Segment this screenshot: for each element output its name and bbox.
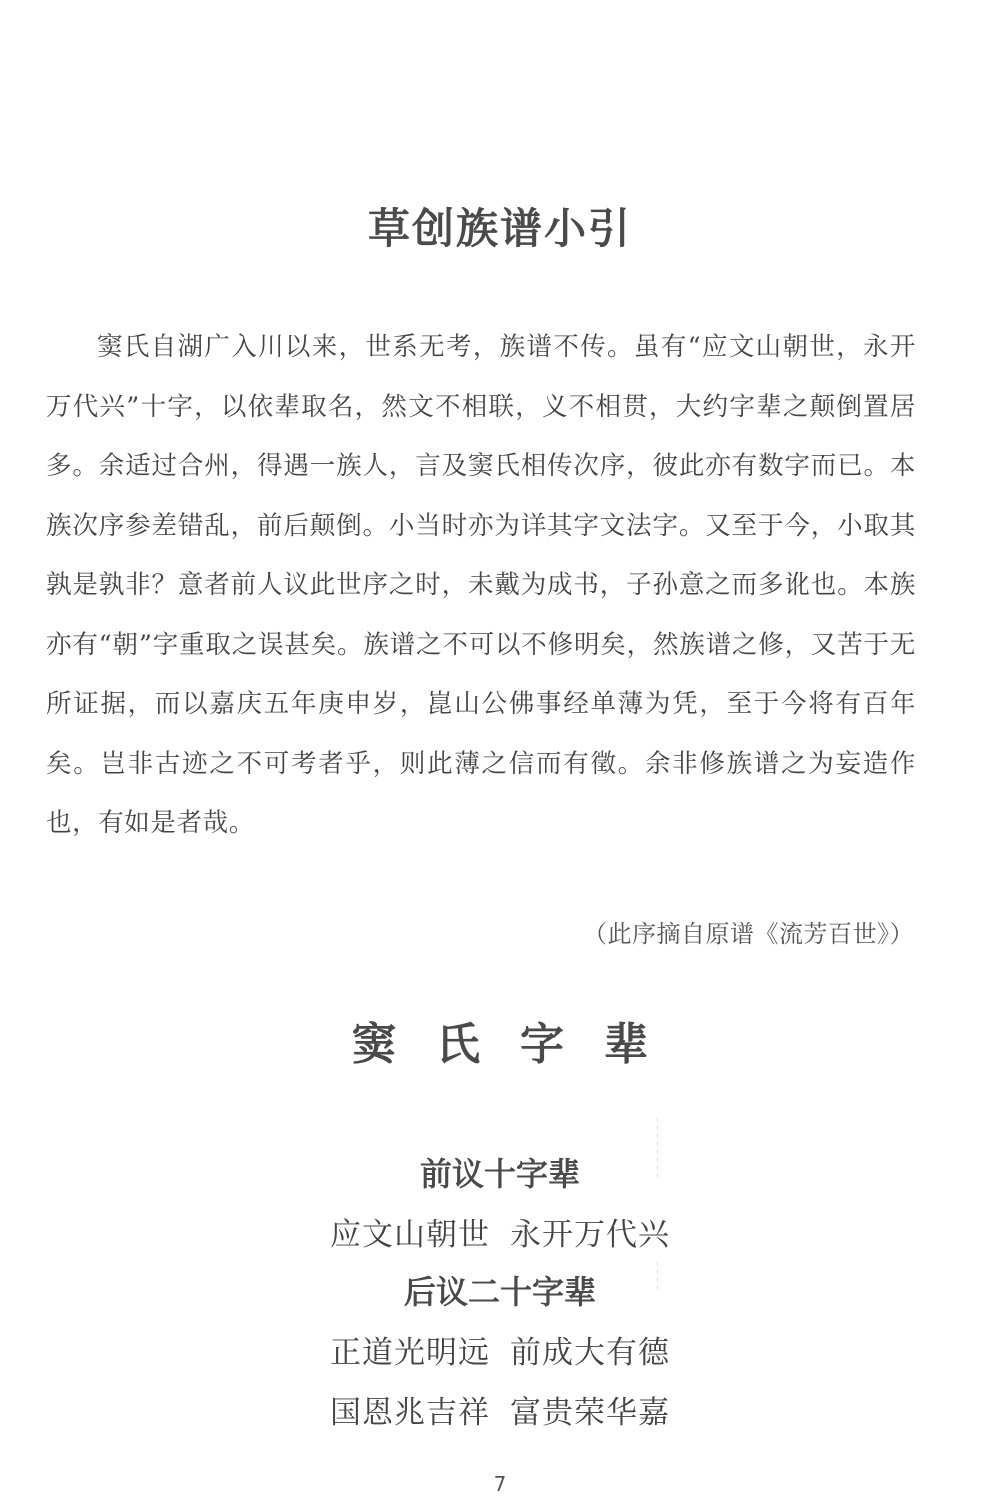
generation-line-first-half: 正道光明远 bbox=[330, 1335, 490, 1371]
generation-line-second-half: 永开万代兴 bbox=[510, 1217, 670, 1253]
source-note: （此序摘自原谱《流芳百世》） bbox=[583, 914, 914, 949]
page-title: 草创族谱小引 bbox=[0, 196, 1000, 256]
generation-line-first-half: 应文山朝世 bbox=[330, 1217, 490, 1253]
document-page: 草创族谱小引 窦氏自湖广入川以来，世系无考，族谱不传。虽有“应文山朝世，永开万代… bbox=[0, 0, 1000, 1510]
generation-line-second-half: 富贵荣华嘉 bbox=[510, 1395, 670, 1431]
preface-paragraph: 窦氏自湖广入川以来，世系无考，族谱不传。虽有“应文山朝世，永开万代兴”十字，以依… bbox=[46, 318, 916, 854]
generation-line-second-half: 前成大有德 bbox=[510, 1335, 670, 1371]
scan-artifact bbox=[657, 1262, 658, 1292]
scan-artifact bbox=[657, 1118, 658, 1178]
latter-generation-heading: 后议二十字辈 bbox=[0, 1266, 1000, 1324]
generation-line: 应文山朝世永开万代兴 bbox=[0, 1206, 1000, 1266]
generation-names-block: 前议十字辈 应文山朝世永开万代兴 后议二十字辈 正道光明远前成大有德 国恩兆吉祥… bbox=[0, 1148, 1000, 1444]
section-title-generation-names: 窦氏字辈 bbox=[0, 1008, 1000, 1072]
former-generation-heading: 前议十字辈 bbox=[0, 1148, 1000, 1206]
generation-line: 正道光明远前成大有德 bbox=[0, 1324, 1000, 1384]
generation-line-first-half: 国恩兆吉祥 bbox=[330, 1395, 490, 1431]
generation-line: 国恩兆吉祥富贵荣华嘉 bbox=[0, 1384, 1000, 1444]
page-number: 7 bbox=[0, 1472, 1000, 1496]
